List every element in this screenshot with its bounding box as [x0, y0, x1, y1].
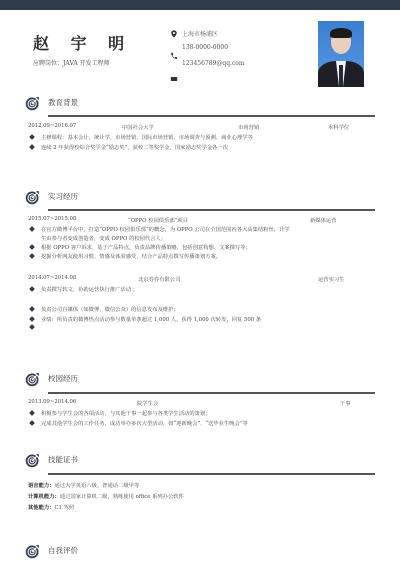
education-degree: 本科学位 — [328, 123, 349, 131]
job-target: 应聘岗位：JAVA 开发工程师 — [33, 58, 110, 67]
section-divider — [48, 115, 375, 117]
email-icon — [170, 75, 178, 83]
list-item: 主修课程：基本会计、统计学、市场营销、国际市场营销、市场调查与预测、商业心理学等 — [30, 133, 253, 141]
education-major: 市场营销 — [238, 123, 259, 131]
location-icon — [170, 30, 178, 38]
contact-phone: 138-0000-0000 — [182, 44, 228, 51]
campus-date: 2013.09~2014.06 — [28, 399, 76, 405]
list-item: 负责公司自媒体（如微博、微信公众）的信息发布及维护； — [30, 305, 179, 313]
list-item: 在官方微博平台中，打造“OPPO 校园俱乐部”的概念，为 OPPO 公司在全国范… — [30, 225, 290, 233]
section-title: 教育背景 — [48, 97, 78, 108]
profile-photo — [318, 21, 364, 87]
list-item — [30, 325, 41, 331]
top-bar — [0, 0, 400, 10]
phone-icon — [170, 52, 178, 60]
skill-other: 其他能力：C1 驾照 — [28, 503, 74, 511]
section-title: 实习经历 — [48, 191, 78, 202]
list-item: 积极参与学生会的各项活动，与其他干事一起参与各类学生活动的策划； — [30, 409, 211, 417]
target-icon — [25, 190, 40, 205]
internship-role: 运营实习生 — [318, 275, 345, 283]
education-date: 2012.09~2016.07 — [28, 123, 76, 129]
internship-role: 新媒体运营 — [310, 216, 337, 224]
internship-org: “OPPO 校园俱乐部”项目 — [128, 216, 188, 224]
internship-org: 北京券券有限公司 — [138, 275, 180, 283]
list-item-continuation: 生由参与者变成创造者，变成 OPPO 的校园代言人； — [41, 234, 166, 242]
education-school: 中国社会大学 — [122, 123, 154, 131]
section-title: 自我评价 — [48, 545, 78, 556]
list-item: 完成其他学生会的工作任务，成功举办多次大型活动，如“迎新晚会”、“送毕业生晚会”… — [30, 419, 248, 427]
section-title: 技能证书 — [48, 454, 78, 465]
campus-role: 干事 — [340, 399, 351, 407]
skill-computer: 计算机能力：通过国家计算机二级，熟练使用 office 系列办公软件 — [28, 492, 184, 500]
candidate-name: 赵 宇 明 — [33, 31, 132, 54]
section-title: 校园经历 — [48, 373, 78, 384]
internship-date: 2014.07~2014.08 — [28, 275, 76, 281]
target-icon — [25, 372, 40, 387]
section-divider — [48, 392, 375, 394]
contact-address: 上海市杨浦区 — [182, 29, 218, 38]
section-divider — [48, 473, 375, 475]
list-item: 根据 OPPO 客户诉求，基于产品特点，负责品牌传播策略，包括创意构想、文案撰写… — [30, 243, 251, 251]
list-item: 连续 2 年获得校综合奖学金“励志奖”，获校二等奖学金，国家励志奖学金各一次 — [30, 143, 228, 151]
skill-language: 语言能力：通过大学英语六级、普通话二级甲等 — [28, 481, 139, 489]
campus-org: 院学生会 — [137, 399, 158, 407]
section-divider — [48, 209, 375, 211]
list-item: 业绩：所负责的微博热点活动参与数量单条超过 1,000 人，获得 1,000 次… — [30, 315, 261, 323]
target-icon — [25, 544, 40, 559]
target-icon — [25, 453, 40, 468]
internship-date: 2015.07~2015.08 — [28, 216, 76, 222]
list-item: 挖掘分析网友使用习惯、情感及体验感受，结合产品特点撰写传播策划方案。 — [30, 252, 221, 260]
list-item: 负责撰写软文、协助运营执行推广活动 ； — [30, 285, 138, 293]
target-icon — [25, 96, 40, 111]
contact-email: 123456789@qq.com — [182, 60, 245, 67]
